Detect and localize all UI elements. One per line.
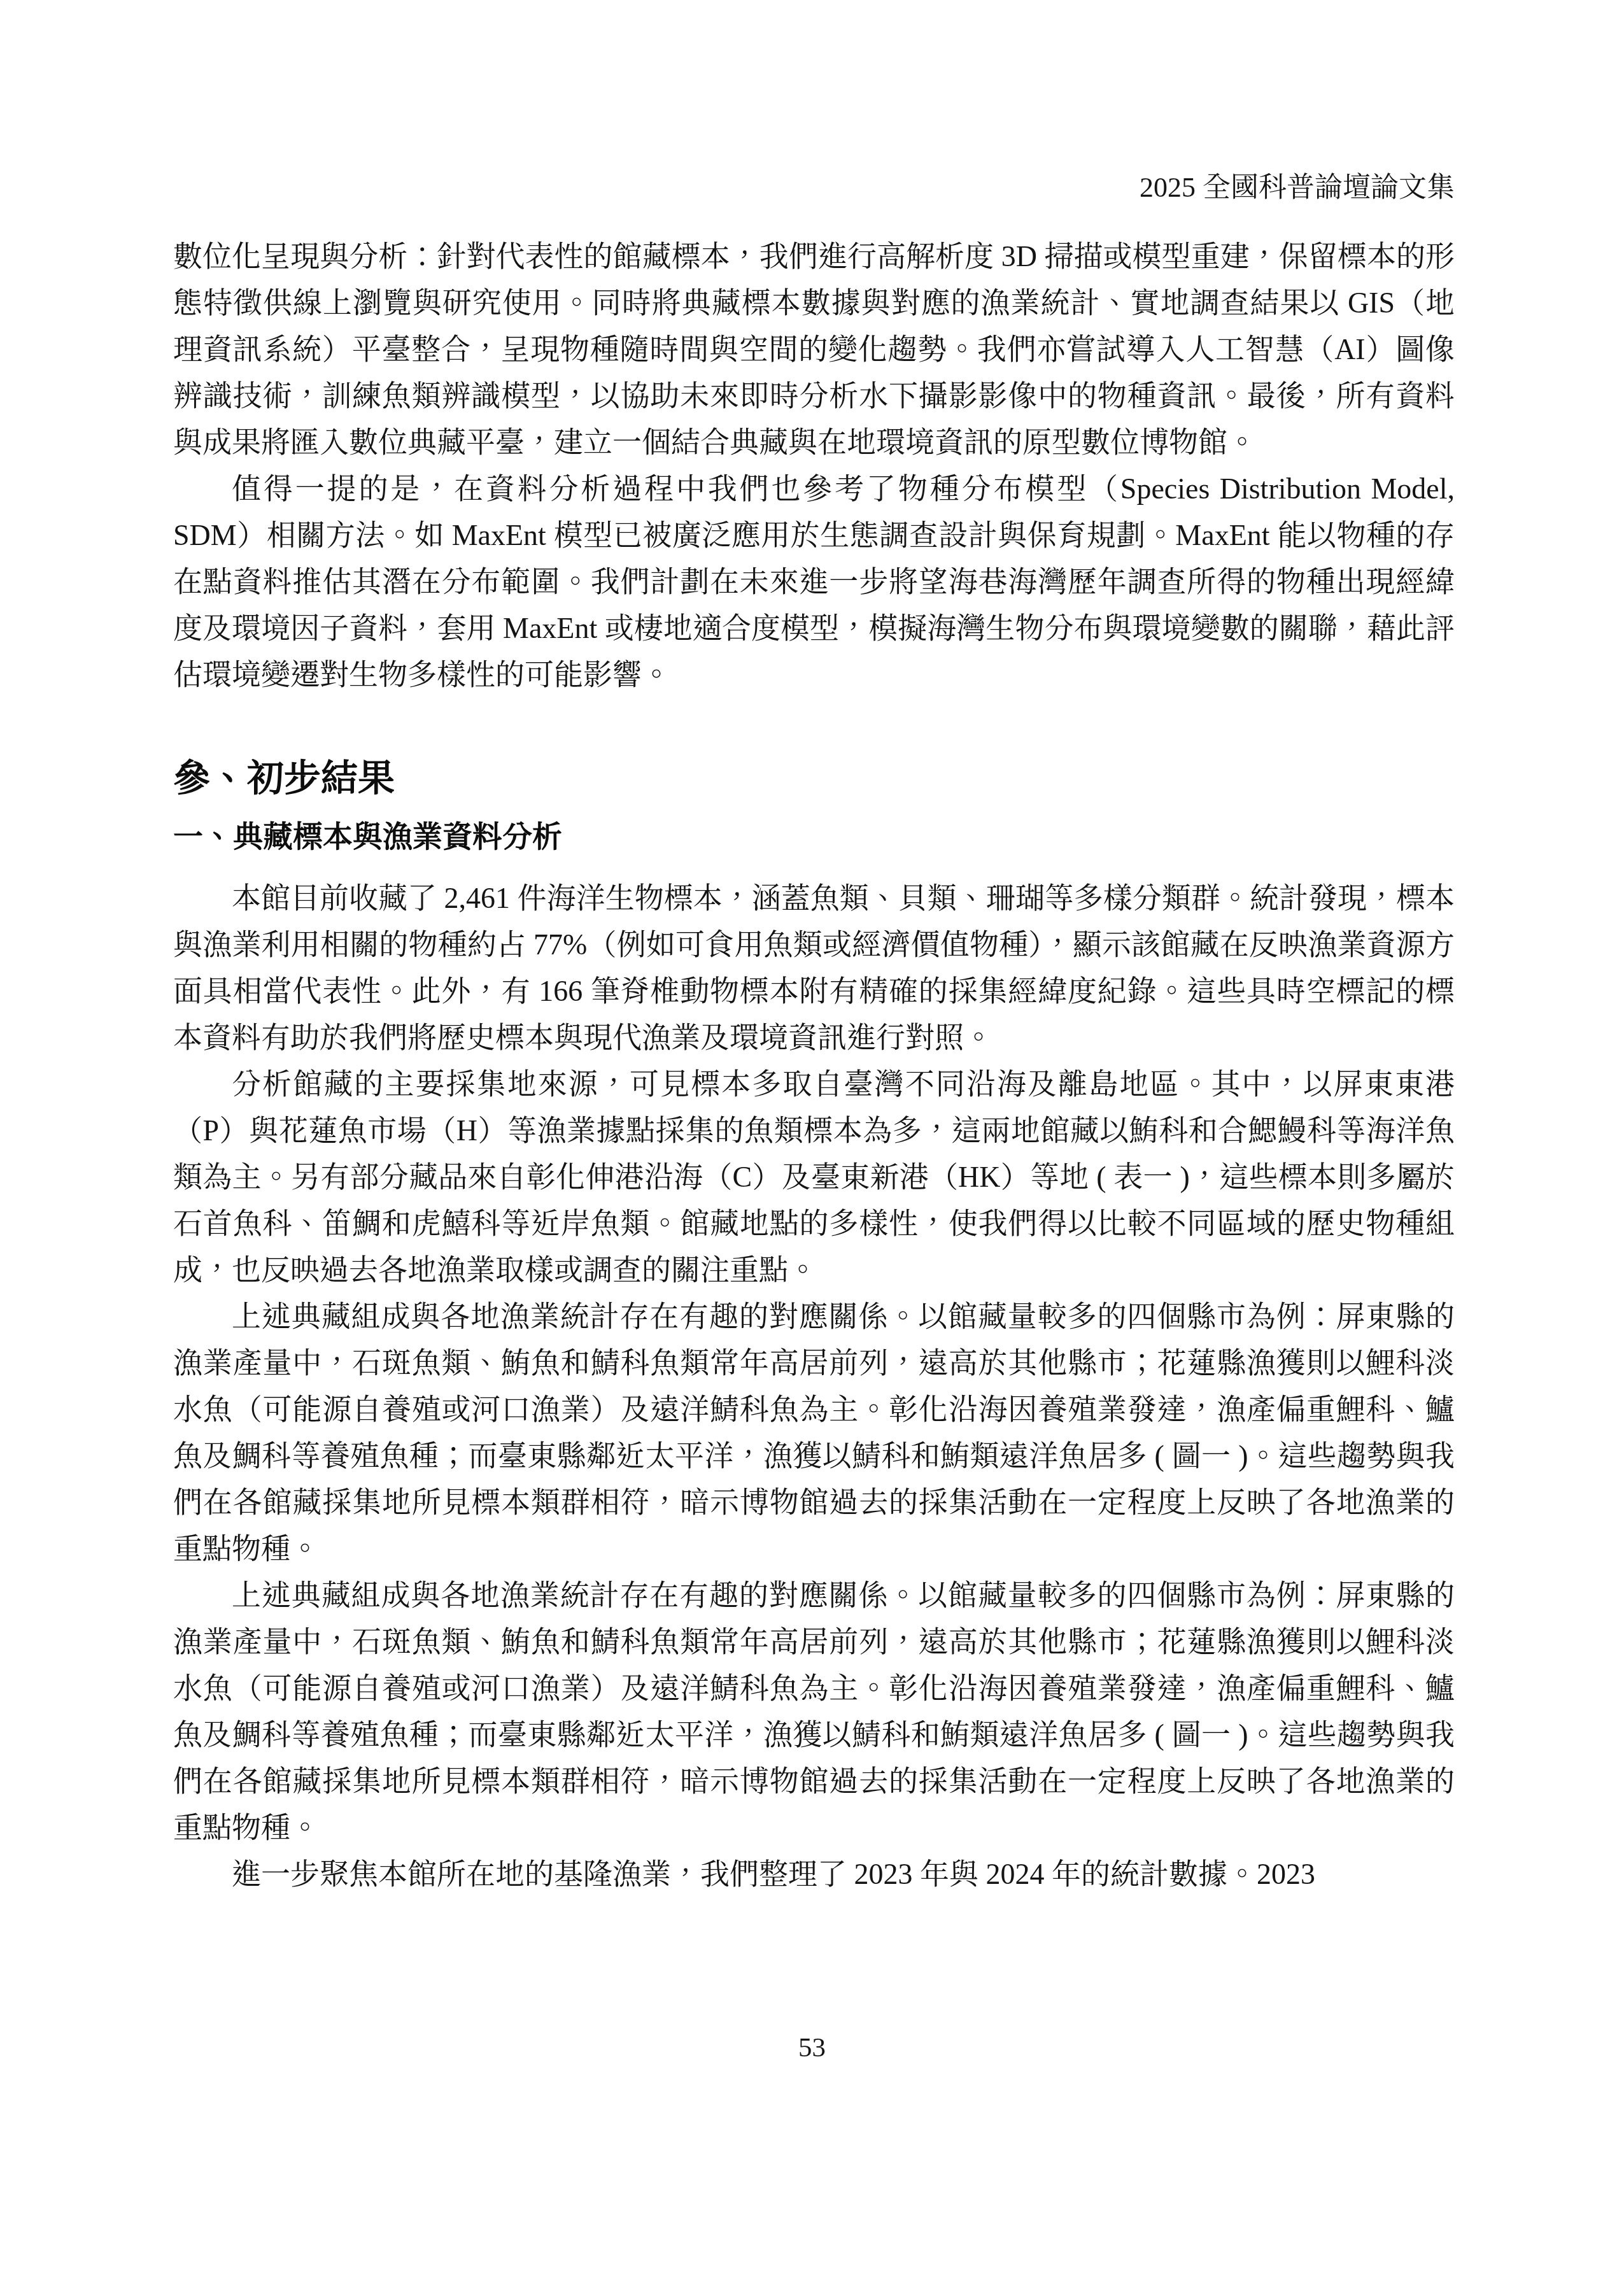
paragraph: 上述典藏組成與各地漁業統計存在有趣的對應關係。以館藏量較多的四個縣市為例：屏東縣… (173, 1572, 1455, 1851)
paragraph: 上述典藏組成與各地漁業統計存在有趣的對應關係。以館藏量較多的四個縣市為例：屏東縣… (173, 1293, 1455, 1572)
paper-page: 2025 全國科普論壇論文集 數位化呈現與分析：針對代表性的館藏標本，我們進行高… (0, 0, 1624, 2278)
paragraph: 數位化呈現與分析：針對代表性的館藏標本，我們進行高解析度 3D 掃描或模型重建，… (173, 233, 1455, 465)
subsection-heading: 一、典藏標本與漁業資料分析 (173, 814, 1455, 861)
section-heading: 參、初步結果 (173, 753, 1455, 805)
page-number: 53 (0, 2032, 1624, 2064)
paragraph: 進一步聚焦本館所在地的基隆漁業，我們整理了 2023 年與 2024 年的統計數… (173, 1851, 1455, 1897)
paragraph: 本館目前收藏了 2,461 件海洋生物標本，涵蓋魚類、貝類、珊瑚等多樣分類群。統… (173, 875, 1455, 1061)
paragraph: 值得一提的是，在資料分析過程中我們也參考了物種分布模型（Species Dist… (173, 465, 1455, 698)
running-header: 2025 全國科普論壇論文集 (1140, 171, 1455, 205)
page-content: 數位化呈現與分析：針對代表性的館藏標本，我們進行高解析度 3D 掃描或模型重建，… (173, 233, 1455, 1897)
paragraph: 分析館藏的主要採集地來源，可見標本多取自臺灣不同沿海及離島地區。其中，以屏東東港… (173, 1061, 1455, 1293)
